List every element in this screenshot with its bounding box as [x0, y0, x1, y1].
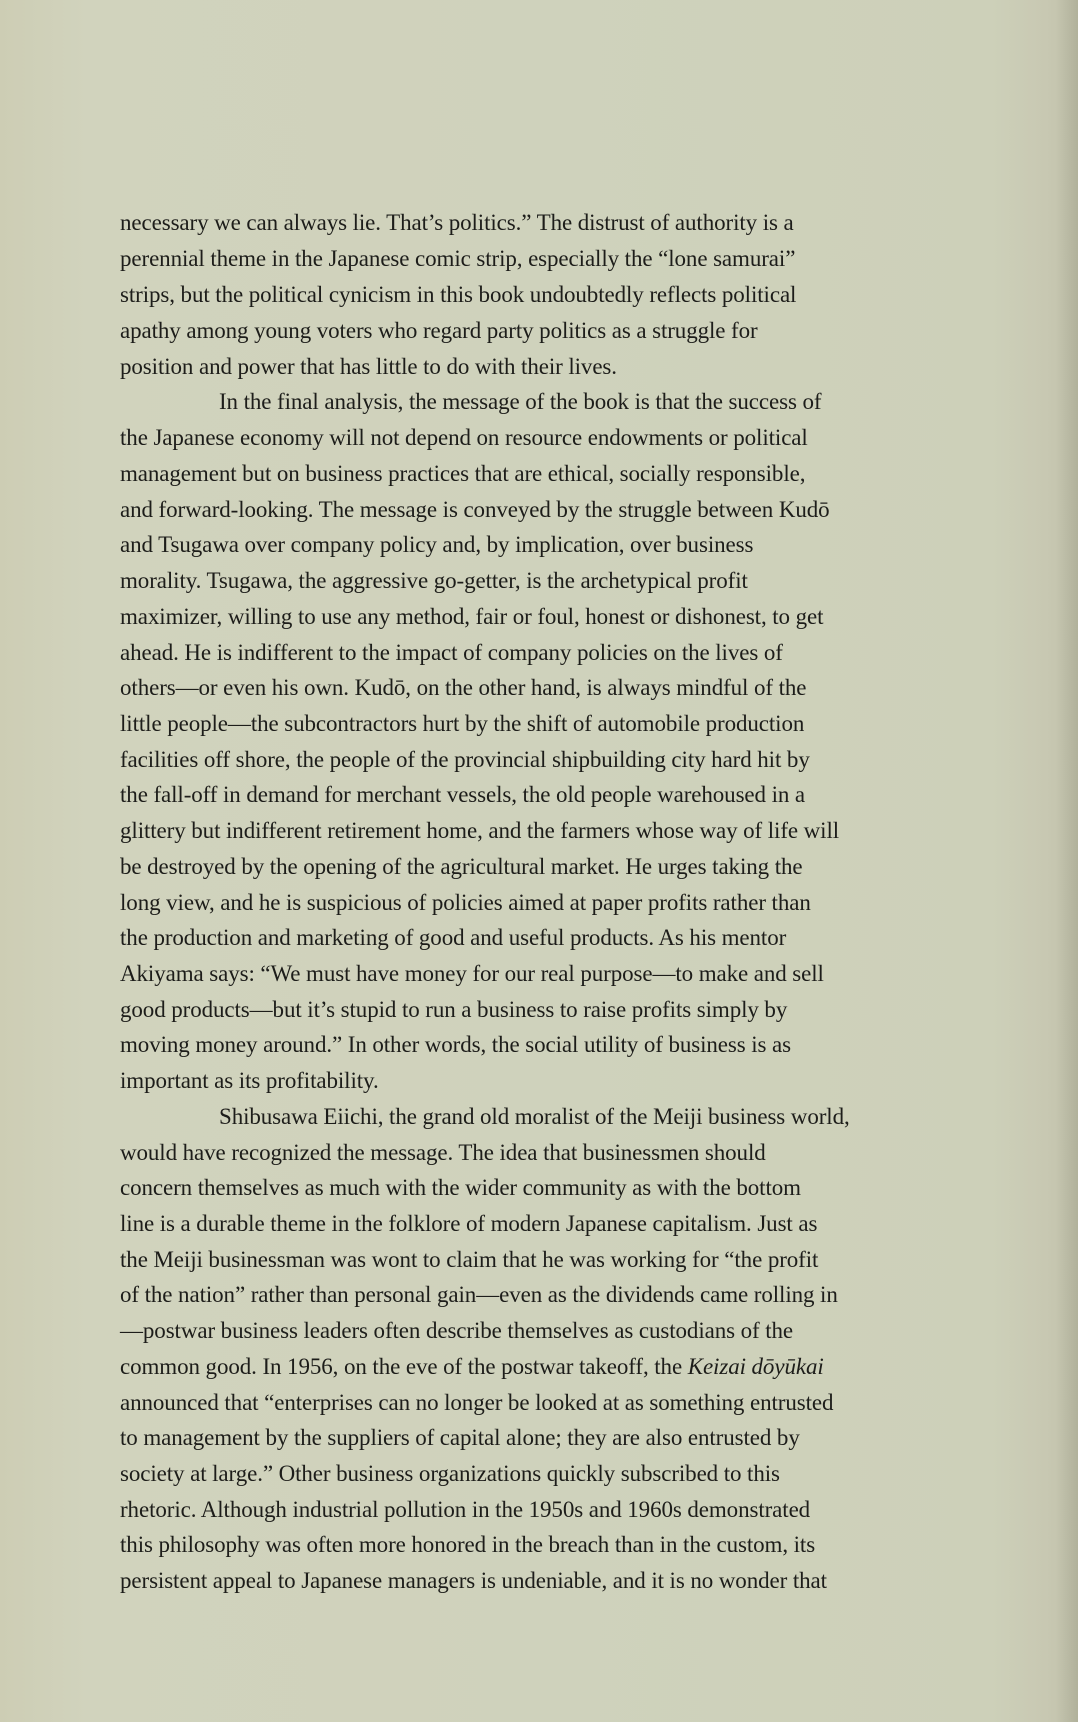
- text-line: society at large.” Other business organi…: [120, 1460, 780, 1488]
- line-text: facilities off shore, the people of the …: [120, 747, 810, 772]
- text-line: others—or even his own. Kudō, on the oth…: [120, 674, 806, 702]
- text-line: position and power that has little to do…: [120, 353, 617, 381]
- line-text: the production and marketing of good and…: [120, 925, 786, 950]
- line-text: necessary we can always lie. That’s poli…: [120, 210, 794, 235]
- line-text: management but on business practices tha…: [120, 461, 805, 486]
- text-line: of the nation” rather than personal gain…: [120, 1281, 838, 1309]
- line-text: morality. Tsugawa, the aggressive go-get…: [120, 568, 748, 593]
- line-text: Akiyama says: “We must have money for ou…: [120, 961, 824, 986]
- text-line: good products—but it’s stupid to run a b…: [120, 996, 787, 1024]
- text-line: be destroyed by the opening of the agric…: [120, 853, 803, 881]
- paragraph-first-line: In the final analysis, the message of th…: [219, 388, 821, 416]
- text-line: long view, and he is suspicious of polic…: [120, 889, 811, 917]
- line-text: glittery but indifferent retirement home…: [120, 818, 839, 843]
- text-line: rhetoric. Although industrial pollution …: [120, 1496, 810, 1524]
- line-text: good products—but it’s stupid to run a b…: [120, 997, 787, 1022]
- text-line: maximizer, willing to use any method, fa…: [120, 603, 823, 631]
- text-line: perennial theme in the Japanese comic st…: [120, 245, 795, 273]
- line-text: ahead. He is indifferent to the impact o…: [120, 640, 783, 665]
- text-line: glittery but indifferent retirement home…: [120, 817, 839, 845]
- line-text: position and power that has little to do…: [120, 354, 617, 379]
- line-text: perennial theme in the Japanese comic st…: [120, 246, 795, 271]
- line-text: to management by the suppliers of capita…: [120, 1425, 800, 1450]
- text-line: common good. In 1956, on the eve of the …: [120, 1353, 824, 1381]
- line-text: announced that “enterprises can no longe…: [120, 1390, 833, 1415]
- line-text: be destroyed by the opening of the agric…: [120, 854, 803, 879]
- text-line: ahead. He is indifferent to the impact o…: [120, 639, 783, 667]
- text-line: to management by the suppliers of capita…: [120, 1424, 800, 1452]
- line-text: and forward-looking. The message is conv…: [120, 497, 830, 522]
- line-text: persistent appeal to Japanese managers i…: [120, 1568, 827, 1593]
- line-text: Shibusawa Eiichi, the grand old moralist…: [219, 1104, 850, 1129]
- line-text: long view, and he is suspicious of polic…: [120, 890, 811, 915]
- line-text: of the nation” rather than personal gain…: [120, 1282, 838, 1307]
- line-text: strips, but the political cynicism in th…: [120, 282, 796, 307]
- text-line: persistent appeal to Japanese managers i…: [120, 1567, 827, 1595]
- text-line: the Japanese economy will not depend on …: [120, 424, 808, 452]
- line-text: the fall-off in demand for merchant vess…: [120, 782, 805, 807]
- text-line: the fall-off in demand for merchant vess…: [120, 781, 805, 809]
- text-line: announced that “enterprises can no longe…: [120, 1389, 833, 1417]
- line-text: the Meiji businessman was wont to claim …: [120, 1247, 818, 1272]
- text-line: moving money around.” In other words, th…: [120, 1031, 791, 1059]
- line-text: concern themselves as much with the wide…: [120, 1175, 801, 1200]
- text-line: the production and marketing of good and…: [120, 924, 786, 952]
- text-line: and forward-looking. The message is conv…: [120, 496, 830, 524]
- text-line: little people—the subcontractors hurt by…: [120, 710, 804, 738]
- line-text: In the final analysis, the message of th…: [219, 389, 821, 414]
- line-text: line is a durable theme in the folklore …: [120, 1211, 817, 1236]
- text-line: strips, but the political cynicism in th…: [120, 281, 796, 309]
- text-line: line is a durable theme in the folklore …: [120, 1210, 817, 1238]
- book-page: necessary we can always lie. That’s poli…: [0, 0, 1078, 1722]
- text-line: important as its profitability.: [120, 1067, 379, 1095]
- text-line: would have recognized the message. The i…: [120, 1139, 766, 1167]
- text-line: —postwar business leaders often describe…: [120, 1317, 793, 1345]
- line-text: the Japanese economy will not depend on …: [120, 425, 808, 450]
- line-text: this philosophy was often more honored i…: [120, 1532, 815, 1557]
- text-line: morality. Tsugawa, the aggressive go-get…: [120, 567, 748, 595]
- text-line: and Tsugawa over company policy and, by …: [120, 531, 753, 559]
- text-line: facilities off shore, the people of the …: [120, 746, 810, 774]
- page-edge-shadow: [1056, 0, 1078, 1722]
- line-text: would have recognized the message. The i…: [120, 1140, 766, 1165]
- line-text: —postwar business leaders often describe…: [120, 1318, 793, 1343]
- line-text: important as its profitability.: [120, 1068, 379, 1093]
- text-line: the Meiji businessman was wont to claim …: [120, 1246, 818, 1274]
- text-line: apathy among young voters who regard par…: [120, 317, 758, 345]
- line-text: moving money around.” In other words, th…: [120, 1032, 791, 1057]
- line-text: little people—the subcontractors hurt by…: [120, 711, 804, 736]
- italic-term: Keizai dōyūkai: [688, 1354, 824, 1379]
- line-text: rhetoric. Although industrial pollution …: [120, 1497, 810, 1522]
- line-text: and Tsugawa over company policy and, by …: [120, 532, 753, 557]
- paragraph-first-line: Shibusawa Eiichi, the grand old moralist…: [219, 1103, 850, 1131]
- text-line: this philosophy was often more honored i…: [120, 1531, 815, 1559]
- line-text: common good. In 1956, on the eve of the …: [120, 1354, 688, 1379]
- text-line: concern themselves as much with the wide…: [120, 1174, 801, 1202]
- line-text: apathy among young voters who regard par…: [120, 318, 758, 343]
- line-text: society at large.” Other business organi…: [120, 1461, 780, 1486]
- text-line: management but on business practices tha…: [120, 460, 805, 488]
- line-text: maximizer, willing to use any method, fa…: [120, 604, 823, 629]
- line-text: others—or even his own. Kudō, on the oth…: [120, 675, 806, 700]
- text-line: necessary we can always lie. That’s poli…: [120, 209, 794, 237]
- text-line: Akiyama says: “We must have money for ou…: [120, 960, 824, 988]
